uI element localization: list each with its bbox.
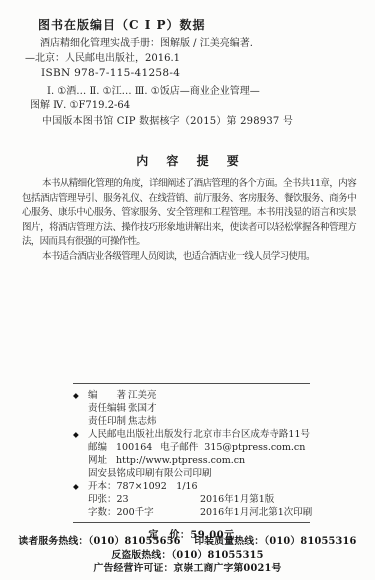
email-label: 电子邮件 — [160, 441, 198, 454]
editor-row: 责任印制 焦志炜 — [73, 415, 310, 428]
sheets-row: 印张：23 2016年1月第1版 — [73, 493, 310, 506]
editor-name: 张国才 — [128, 402, 157, 415]
website-row: 网址 http://www.ptpress.com.cn — [73, 454, 310, 467]
edition-value: 2016年1月第1版 — [200, 493, 274, 506]
impression-value: 2016年1月河北第1次印刷 — [200, 506, 312, 519]
hotline-row: 读者服务热线：（010）81055656 印装质量热线：（010）8105531… — [0, 535, 375, 549]
printer-name: 固安县铭成印刷有限公司印刷 — [88, 467, 212, 480]
abstract-body: 本书从精细化管理的角度，详细阐述了酒店管理的各个方面。全书共11章，内容包括酒店… — [22, 177, 356, 265]
publisher-row: ◆ 人民邮电出版社出版发行 北京市丰台区成寿寺路11号 — [73, 428, 310, 441]
diamond-bullet-icon: ◆ — [73, 389, 88, 402]
copyright-page: 图书在版编目（C I P）数据 酒店精细化管理实战手册：图解版 / 江美亮编著.… — [0, 0, 375, 580]
website-url: http://www.ptpress.com.cn — [116, 454, 245, 467]
diamond-bullet-icon: ◆ — [73, 428, 88, 441]
quality-hotline: 印装质量热线：（010）81055316 — [194, 535, 356, 549]
printer-row: 固安县铭成印刷有限公司印刷 — [73, 467, 310, 480]
postcode-label: 邮编 — [88, 441, 107, 454]
abstract-paragraph-2: 本书适合酒店业各级管理人员阅读，也适合酒店业一线人员学习使用。 — [22, 250, 356, 265]
cip-classification-line2: 图解 Ⅳ. ①F719.2-64 — [30, 99, 360, 113]
cip-header: 图书在版编目（C I P）数据 — [38, 16, 206, 33]
words-row: 字数：200千字 2016年1月河北第1次印刷 — [73, 506, 310, 519]
format-value: 开本：787×1092 1/16 — [88, 480, 198, 493]
format-row: ◆ 开本：787×1092 1/16 — [73, 480, 310, 493]
diamond-bullet-icon: ◆ — [73, 480, 88, 493]
book-imprint-line: —北京：人民邮电出版社，2016.1 — [25, 51, 355, 66]
editor-name: 江美亮 — [128, 389, 157, 402]
ad-license: 广告经营许可证：京崇工商广字第0021号 — [0, 562, 375, 576]
website-label: 网址 — [88, 454, 107, 467]
editor-label: 责任编辑 — [88, 402, 128, 415]
antipiracy-hotline: 反盗版热线：（010）81055315 — [0, 549, 375, 563]
editor-label: 责任印制 — [88, 415, 128, 428]
reader-hotline: 读者服务热线：（010）81055656 — [18, 535, 180, 549]
publisher-address: 北京市丰台区成寿寺路11号 — [193, 428, 310, 441]
sheets-value: 印张：23 — [88, 493, 200, 506]
postcode-email-row: 邮编 100164 电子邮件 315@ptpress.com.cn — [73, 441, 310, 454]
abstract-heading: 内 容 提 要 — [0, 152, 375, 169]
isbn: ISBN 978-7-115-41258-4 — [41, 67, 180, 79]
cip-record-number: 中国版本图书馆 CIP 数据核字（2015）第 298937 号 — [42, 112, 293, 127]
editor-row: ◆ 编 著 江美亮 — [73, 389, 310, 402]
cip-classification-line1: Ⅰ. ①酒… Ⅱ. ①江… Ⅲ. ①饭店—商业企业管理— — [30, 85, 360, 99]
publisher-name: 人民邮电出版社出版发行 — [88, 428, 193, 441]
postcode-value: 100164 — [116, 441, 152, 454]
cip-classification: Ⅰ. ①酒… Ⅱ. ①江… Ⅲ. ①饭店—商业企业管理— 图解 Ⅳ. ①F719… — [30, 85, 360, 113]
email-value: 315@ptpress.com.cn — [204, 441, 305, 454]
editor-label: 编 著 — [88, 389, 128, 402]
book-title-line: 酒店精细化管理实战手册：图解版 / 江美亮编著. — [25, 36, 355, 51]
colophon-block: ◆ 编 著 江美亮 责任编辑 张国才 责任印制 焦志炜 ◆ 人民邮电出版社出版发… — [73, 383, 310, 541]
abstract-paragraph-1: 本书从精细化管理的角度，详细阐述了酒店管理的各个方面。全书共11章，内容包括酒店… — [22, 177, 356, 250]
cip-title-block: 酒店精细化管理实战手册：图解版 / 江美亮编著. —北京：人民邮电出版社，201… — [25, 36, 355, 66]
editor-name: 焦志炜 — [128, 415, 157, 428]
words-value: 字数：200千字 — [88, 506, 200, 519]
editor-row: 责任编辑 张国才 — [73, 402, 310, 415]
hotlines-block: 读者服务热线：（010）81055656 印装质量热线：（010）8105531… — [0, 535, 375, 576]
